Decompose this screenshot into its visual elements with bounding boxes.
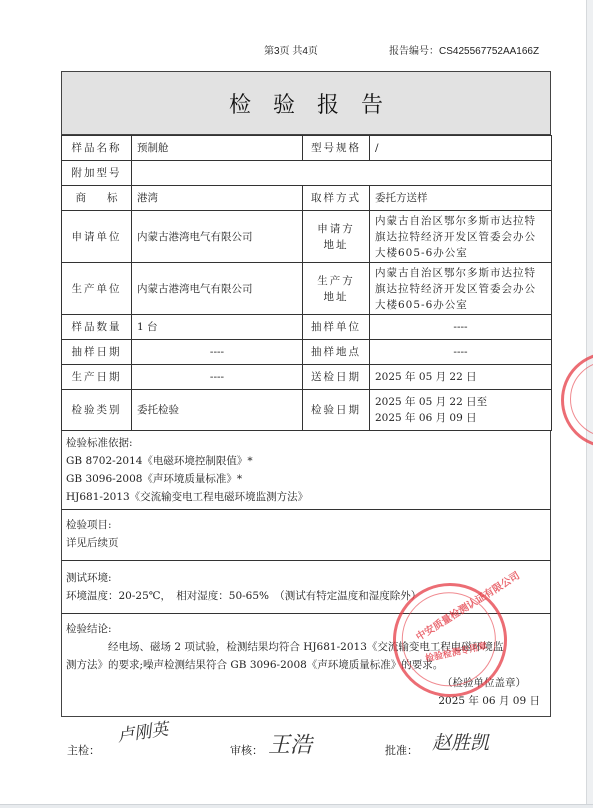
chief-inspector-signature: 卢刚英 [116,715,170,747]
conclusion-section: 检验结论: 经电场、磁场 2 项试验，检测结果均符合 HJ681-2013《交流… [61,614,551,717]
applicant-address-label-line2: 地址 [308,237,364,253]
table-row: 检验类别 委托检验 检验日期 2025 年 05 月 22 日至2025 年 0… [62,390,552,431]
table-row: 样品名称 预制舱 型号规格 / [62,136,552,161]
report-number-label: 报告编号： [389,46,439,57]
standard-item: HJ681-2013《交流输变电工程电磁环境监测方法》 [66,488,546,506]
inspection-date-label: 检验日期 [303,390,370,431]
manufacturer-address-label: 生产方地址 [303,263,370,315]
sampling-method-value: 委托方送样 [370,186,552,211]
inspection-type-value: 委托检验 [132,390,303,431]
applicant-address-label-line1: 申请方 [308,221,364,237]
applicant-address-label: 申请方地址 [303,211,370,263]
report-title: 检验报告 [207,88,405,119]
chief-inspector-label: 主检： [67,742,100,758]
submission-date-label: 送检日期 [303,365,370,390]
info-table: 样品名称 预制舱 型号规格 / 附加型号 商 标 港湾 取样方式 委托方送样 申… [61,135,552,431]
reviewer-signature: 王浩 [268,728,312,759]
sample-qty-label: 样品数量 [62,315,132,340]
report-number-value: CS425567752AA166Z [439,46,539,57]
report-title-box: 检验报告 [61,71,551,135]
trademark-label: 商 标 [62,186,132,211]
standard-item: GB 8702-2014《电磁环境控制限值》* [66,452,546,470]
items-label: 检验项目: [66,516,546,534]
page-info: 第3页 共4页 [264,42,318,57]
report-number: 报告编号：CS425567752AA166Z [389,42,539,57]
seal-note: （检验单位盖章） [66,674,546,692]
manufacturer-address-value: 内蒙古自治区鄂尔多斯市达拉特旗达拉特经济开发区管委会办公大楼605-6办公室 [370,263,552,315]
environment-section: 测试环境: 环境温度：20-25℃， 相对湿度：50-65% （测试有特定温度和… [61,561,551,614]
table-row: 申请单位 内蒙古港湾电气有限公司 申请方地址 内蒙古自治区鄂尔多斯市达拉特旗达拉… [62,211,552,263]
production-date-value: ---- [132,365,303,390]
page-bottom-edge [0,804,593,808]
manufacturer-address-label-line1: 生产方 [308,273,364,289]
approver-signature: 赵胜凯 [432,728,489,755]
manufacturer-value: 内蒙古港湾电气有限公司 [132,263,303,315]
environment-value: 环境温度：20-25℃， 相对湿度：50-65% （测试有特定温度和湿度除外） [66,587,546,605]
applicant-address-value: 内蒙古自治区鄂尔多斯市达拉特旗达拉特经济开发区管委会办公大楼605-6办公室 [370,211,552,263]
applicant-value: 内蒙古港湾电气有限公司 [132,211,303,263]
sample-name-value: 预制舱 [132,136,303,161]
production-date-label: 生产日期 [62,365,132,390]
table-row: 商 标 港湾 取样方式 委托方送样 [62,186,552,211]
items-section: 检验项目: 详见后续页 [61,510,551,561]
sampling-unit-label: 抽样单位 [303,315,370,340]
sampling-date-value: ---- [132,340,303,365]
submission-date-value: 2025 年 05 月 22 日 [370,365,552,390]
standard-item: GB 3096-2008《声环境质量标准》* [66,470,546,488]
table-row: 附加型号 [62,161,552,186]
sampling-method-label: 取样方式 [303,186,370,211]
manufacturer-label: 生产单位 [62,263,132,315]
inspection-date-line1: 2025 年 05 月 22 日至 [375,394,546,410]
table-row: 抽样日期 ---- 抽样地点 ---- [62,340,552,365]
conclusion-date: 2025 年 06 月 09 日 [66,692,546,710]
conclusion-text-line1: 经电场、磁场 2 项试验，检测结果均符合 HJ681-2013《交流输变电工程电… [66,638,546,656]
additional-model-label: 附加型号 [62,161,132,186]
trademark-value: 港湾 [132,186,303,211]
sampling-place-label: 抽样地点 [303,340,370,365]
table-row: 生产日期 ---- 送检日期 2025 年 05 月 22 日 [62,365,552,390]
report-document: 检验报告 样品名称 预制舱 型号规格 / 附加型号 商 标 港湾 取样方式 委托… [61,71,551,717]
inspection-type-label: 检验类别 [62,390,132,431]
inspection-date-value: 2025 年 05 月 22 日至2025 年 06 月 09 日 [370,390,552,431]
conclusion-label: 检验结论: [66,620,546,638]
standards-section: 检验标准依据: GB 8702-2014《电磁环境控制限值》* GB 3096-… [61,431,551,510]
reviewer-label: 审核： [230,742,263,758]
additional-model-value [132,161,552,186]
sampling-place-value: ---- [370,340,552,365]
applicant-label: 申请单位 [62,211,132,263]
manufacturer-address-label-line2: 地址 [308,289,364,305]
table-row: 样品数量 1 台 抽样单位 ---- [62,315,552,340]
standards-label: 检验标准依据: [66,434,546,452]
scrollbar-track[interactable] [586,0,593,808]
conclusion-text-line2: 测方法》的要求;噪声检测结果符合 GB 3096-2008《声环境质量标准》的要… [66,656,546,674]
inspection-date-line2: 2025 年 06 月 09 日 [375,410,546,426]
approver-label: 批准： [385,742,418,758]
sampling-date-label: 抽样日期 [62,340,132,365]
sampling-unit-value: ---- [370,315,552,340]
table-row: 生产单位 内蒙古港湾电气有限公司 生产方地址 内蒙古自治区鄂尔多斯市达拉特旗达拉… [62,263,552,315]
sample-name-label: 样品名称 [62,136,132,161]
model-spec-value: / [370,136,552,161]
model-spec-label: 型号规格 [303,136,370,161]
items-value: 详见后续页 [66,534,546,552]
sample-qty-value: 1 台 [132,315,303,340]
environment-label: 测试环境: [66,569,546,587]
